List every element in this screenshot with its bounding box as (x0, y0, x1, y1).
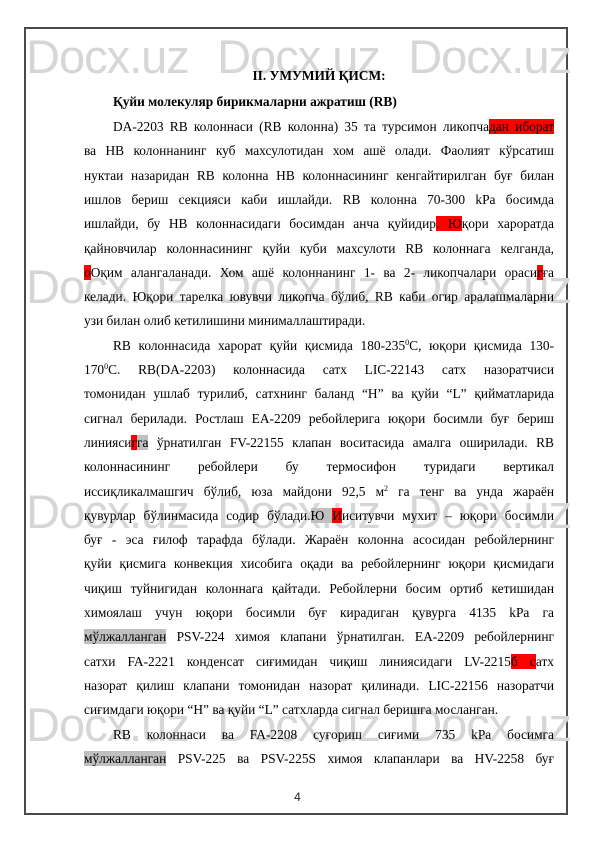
text-line: DA-2203 RB колоннаси (RB колонна) 35 та … (113, 117, 554, 137)
highlighted-text: б с (511, 654, 536, 669)
text-line: RB колоннасида харорат қуйи қисмида 180-… (113, 336, 554, 356)
text-line: сигнал берилади. Ростлаш EA-2209 ребойле… (84, 409, 554, 429)
text-run: келади. Юқори тарелка ювувчи ликопча бўл… (84, 289, 554, 304)
text-line: мўлжалланган PSV-224 химоя клапани ўрнат… (84, 627, 554, 647)
text-run: ишлов бериш секцияси каби ишлайди. RB ко… (84, 192, 554, 207)
text-line: колоннасининг ребойлери бу термосифон ту… (84, 457, 554, 477)
text-line: келади. Юқори тарелка ювувчи ликопча бўл… (84, 287, 554, 307)
text-line: сатхи FA-2221 конденсат сиғимидан чиқиш … (84, 652, 554, 672)
text-run: қайновчилар колоннасининг қуйи куби махс… (84, 241, 554, 256)
text-run: сиғимдаги юқори “H” ва қуйи “L” сатхлард… (84, 702, 498, 717)
text-line: қувурлар бўлинмасида содир бўлади.Ю Ииси… (84, 506, 554, 526)
highlighted-text: И (332, 508, 342, 523)
text-line: назорат қилиш клапани томонидан назорат … (84, 676, 554, 696)
text-line: буғ - эса ғилоф тарафда бўлади. Жараён к… (84, 530, 554, 550)
text-line: узи билан олиб кетилишини минималлаштира… (84, 311, 554, 331)
highlighted-text: мўлжалланган (84, 629, 166, 644)
text-line: линиясигга ўрнатилган FV-22155 клапан во… (84, 433, 554, 453)
text-line: ишлов бериш секцияси каби ишлайди. RB ко… (84, 190, 554, 210)
text-line: оОқим алангаланади. Хом ашё колоннанинг … (84, 263, 554, 283)
text-run: атх (536, 654, 554, 669)
text-line: 1700C. RB(DA-2203) колоннасида сатх LIC-… (84, 360, 554, 380)
text-run: томонидан ушлаб турилиб, сатхнинг баланд… (84, 386, 554, 401)
text-line: ишлайди, бу НВ колоннасидаги босимдан ан… (84, 214, 554, 234)
subheading: Қуйи молекуляр бирикмаларни ажратиш (RB) (113, 92, 397, 112)
text-run: нуктаи назаридан RB колонна НВ колоннаси… (84, 168, 554, 183)
text-run: сатхи FA-2221 конденсат сиғимидан чиқиш … (84, 654, 511, 669)
text-line: томонидан ушлаб турилиб, сатхнинг баланд… (84, 384, 554, 404)
text-run: ўрнатилган FV-22155 клапан воситасида ам… (148, 435, 554, 450)
text-run: колоннасининг ребойлери бу термосифон ту… (84, 459, 554, 474)
text-run: чиқиш туйнигидан колоннага қайтади. Ребо… (84, 581, 554, 596)
text-run: 170 (84, 362, 104, 377)
text-run: линияси (84, 435, 131, 450)
text-line: RB колоннаси ва FA-2208 суғориш сиғими 7… (113, 725, 554, 745)
text-run: RB колоннаси ва FA-2208 суғориш сиғими 7… (113, 727, 554, 742)
section-heading: II. УМУМИЙ ҚИСМ: (84, 66, 554, 86)
text-line: мўлжалланган PSV-225 ва PSV-225S химоя к… (84, 749, 554, 769)
text-run: DA-2203 RB колоннаси (RB колонна) 35 та … (113, 119, 489, 134)
text-line: ва НВ колоннанинг куб махсулотидан хом а… (84, 141, 554, 161)
highlighted-text: . Ю (436, 216, 462, 231)
text-run: PSV-225 ва PSV-225S химоя клапанлари ва … (166, 751, 554, 766)
text-run: ишлайди, бу НВ колоннасидаги босимдан ан… (84, 216, 436, 231)
text-run: химоялаш учун юқори босимли буғ кирадига… (84, 605, 554, 620)
text-run: иссиқликалмашгич бўлиб, юза майдони 92,5… (84, 484, 384, 499)
highlighted-text: мўлжалланган (84, 751, 166, 766)
text-line: нуктаи назаридан RB колонна НВ колоннаси… (84, 166, 554, 186)
text-line: химоялаш учун юқори босимли буғ кирадига… (84, 603, 554, 623)
text-line: қуйи қисмига конвекция хисобига оқади ва… (84, 554, 554, 574)
highlighted-text: дан иборат (489, 119, 554, 134)
text-run: Оқим алангаланади. Хом ашё колоннанинг 1… (91, 265, 537, 280)
text-run: узи билан олиб кетилишини минималлаштира… (84, 313, 365, 328)
highlighted-text: Ю (311, 508, 333, 523)
page-number: 4 (0, 790, 595, 804)
text-run: назорат қилиш клапани томонидан назорат … (84, 678, 554, 693)
highlighted-text: га (137, 435, 148, 450)
highlighted-text: о (84, 265, 91, 280)
text-line: чиқиш туйнигидан колоннага қайтади. Ребо… (84, 579, 554, 599)
text-run: иситувчи мухит – юқори босимли (342, 508, 554, 523)
text-run: ва НВ колоннанинг куб махсулотидан хом а… (84, 143, 554, 158)
text-run: буғ - эса ғилоф тарафда бўлади. Жараён к… (84, 532, 554, 547)
text-run: PSV-224 химоя клапани ўрнатилган. EA-220… (166, 629, 554, 644)
text-run: RB колоннасида харорат қуйи қисмида 180-… (113, 338, 405, 353)
text-run: қуйи қисмига конвекция хисобига оқади ва… (84, 556, 554, 571)
text-run: C. RB(DA-2203) колоннасида сатх LIC-2214… (108, 362, 554, 377)
text-run: сигнал берилади. Ростлаш EA-2209 ребойле… (84, 411, 554, 426)
text-run: қувурлар бўлинмасида содир бўлади. (84, 508, 311, 523)
text-line: сиғимдаги юқори “H” ва қуйи “L” сатхлард… (84, 700, 554, 720)
text-run: қори хароратда (462, 216, 554, 231)
text-run: ға (543, 265, 554, 280)
text-line: қайновчилар колоннасининг қуйи куби махс… (84, 239, 554, 259)
text-run: C, юқори қисмида 130- (409, 338, 554, 353)
text-line: иссиқликалмашгич бўлиб, юза майдони 92,5… (84, 482, 554, 502)
text-run: га тенг ва унда жараён (388, 484, 554, 499)
